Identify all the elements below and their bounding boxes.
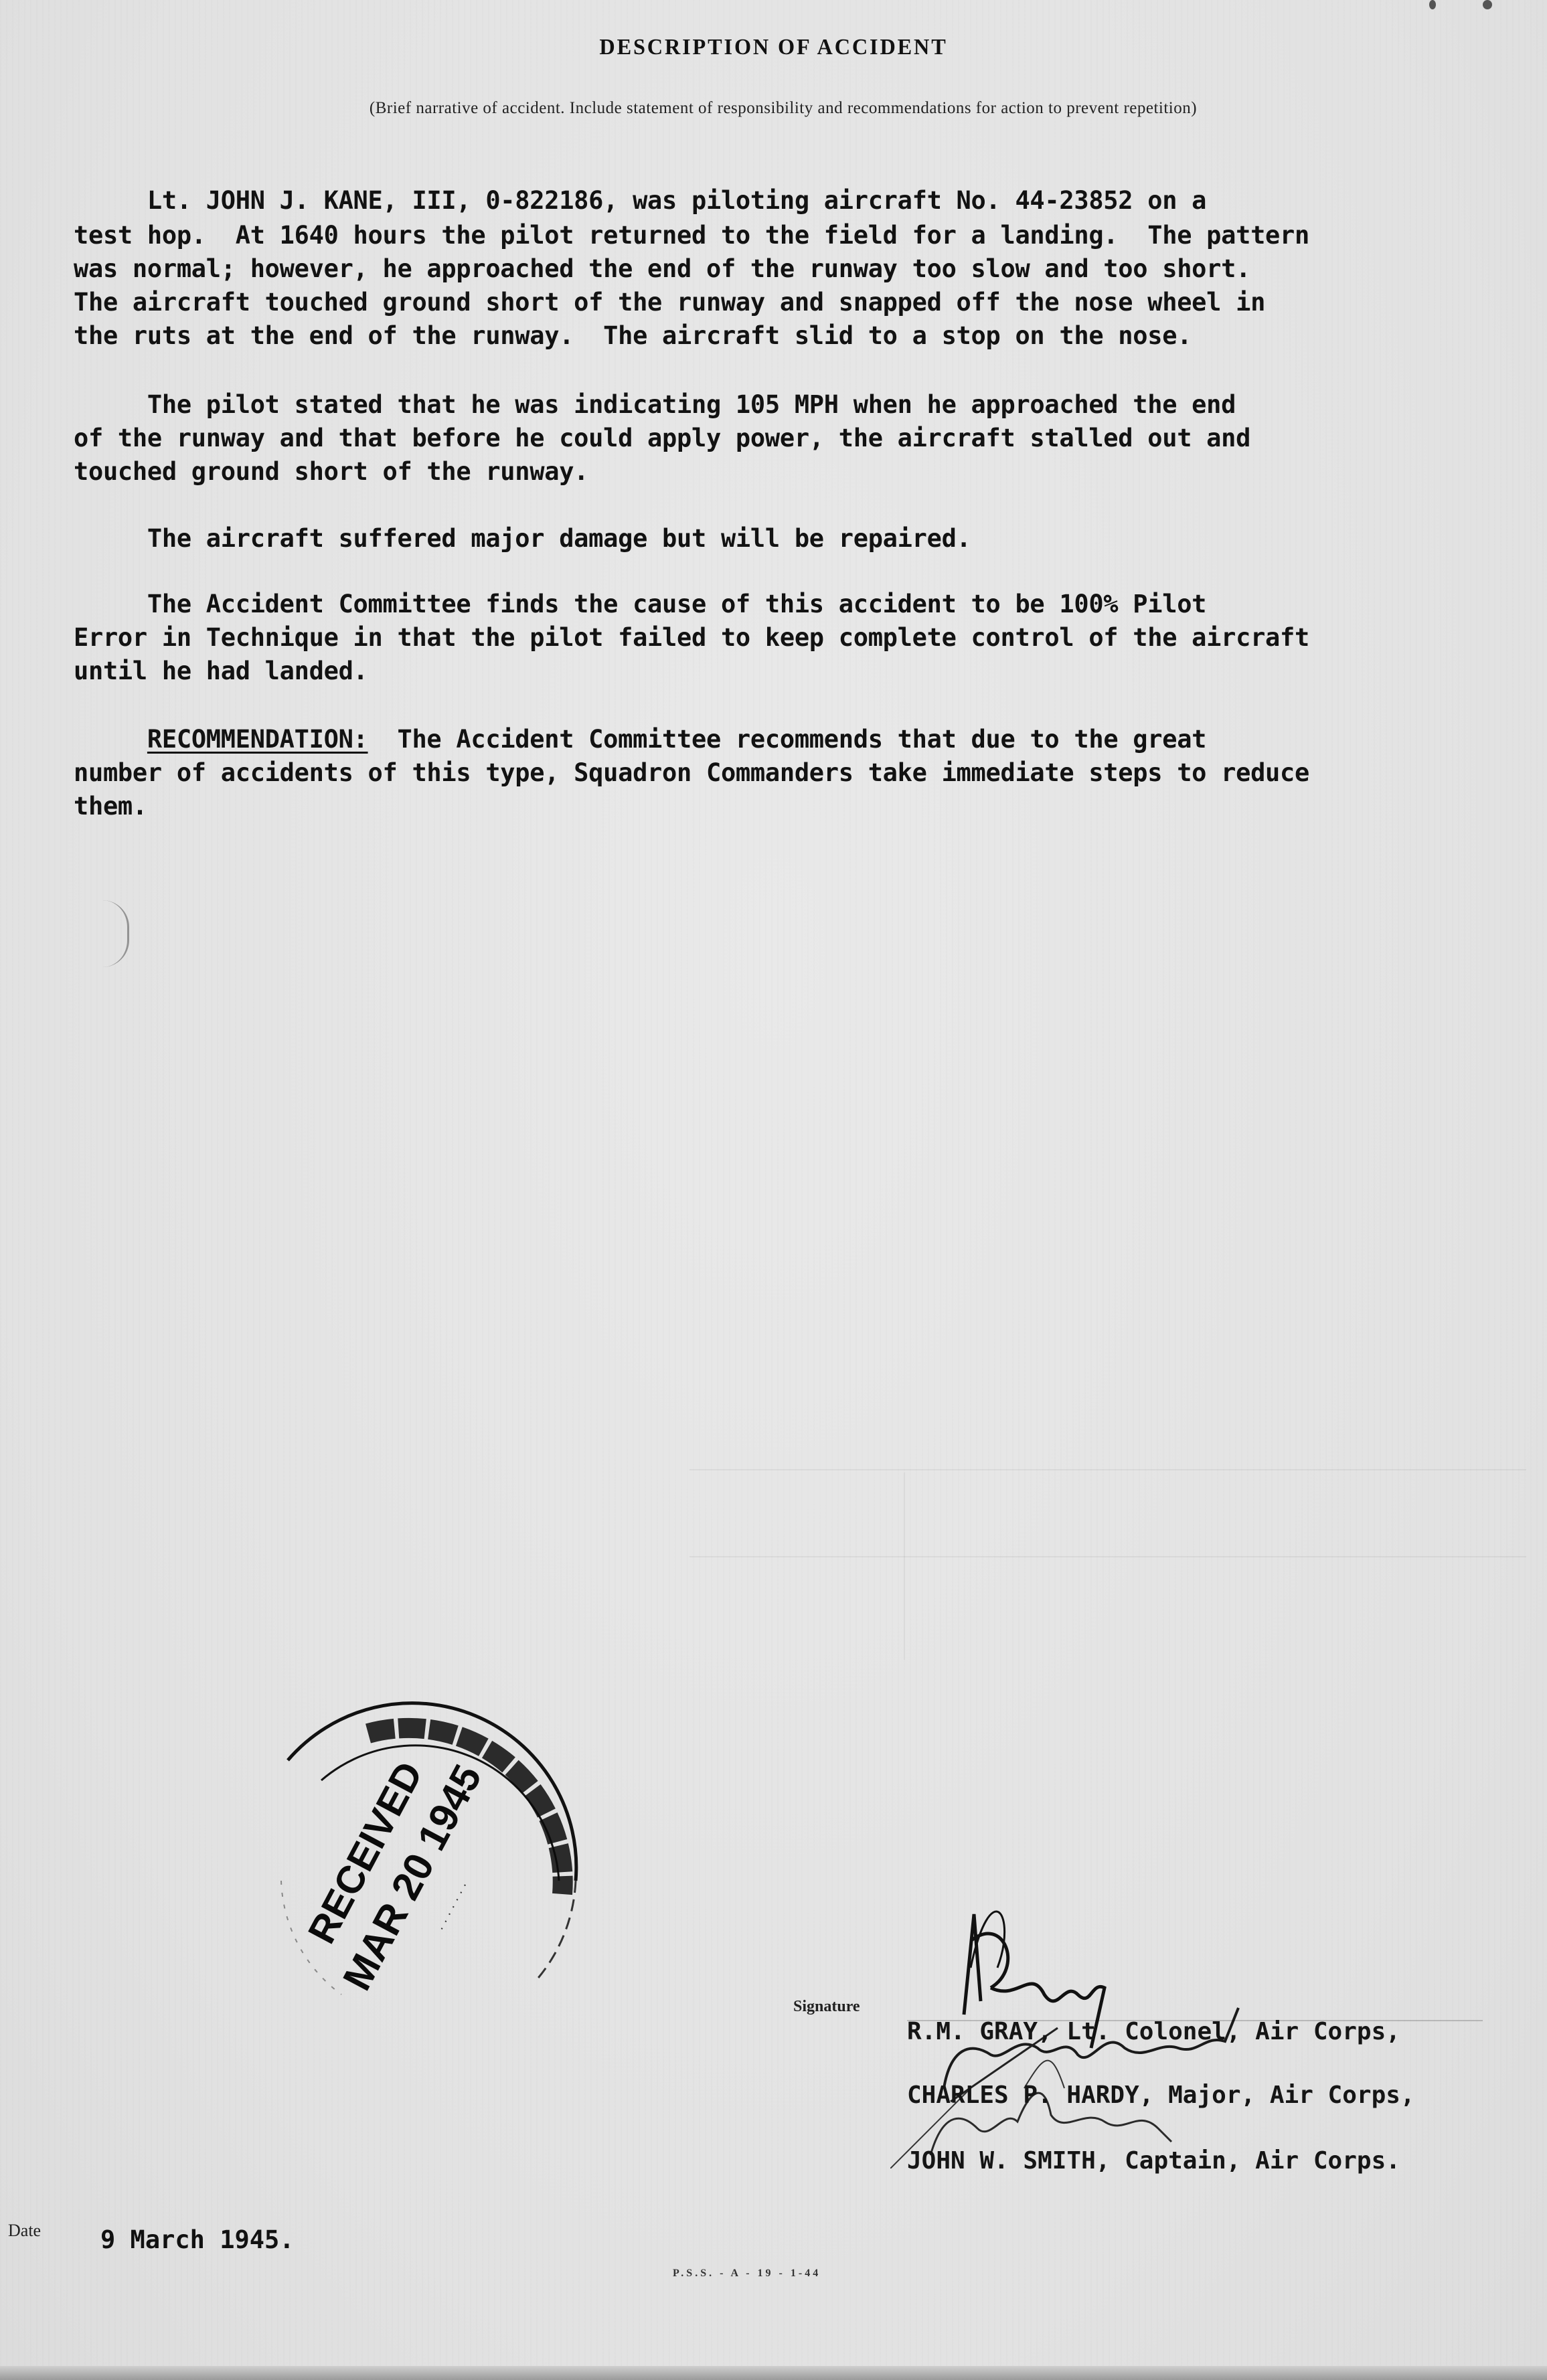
recommendation-text: The Accident Committee recommends that d… (368, 725, 1207, 754)
text-line: them. (74, 790, 147, 823)
svg-text:· · · · · · ·: · · · · · · · (434, 1879, 472, 1934)
narrative-paragraph-2: The pilot stated that he was indicating … (74, 388, 1493, 522)
paper-speck (1429, 0, 1436, 9)
bleed-through-line (904, 1472, 905, 1660)
bleed-through-line (689, 1469, 1526, 1470)
signature-label: Signature (793, 1998, 860, 2016)
signer-1: R.M. GRAY, Lt. Colonel, Air Corps, (907, 2018, 1400, 2045)
recommendation-paragraph: RECOMMENDATION: The Accident Committee r… (74, 723, 1493, 857)
text-line: touched ground short of the runway. (74, 455, 588, 489)
text-line: The Accident Committee finds the cause o… (74, 588, 1206, 621)
finding-paragraph: The Accident Committee finds the cause o… (74, 588, 1493, 721)
document-title: DESCRIPTION OF ACCIDENT (39, 35, 1508, 60)
recommendation-label: RECOMMENDATION: (147, 725, 368, 754)
bleed-through-line (689, 1556, 1526, 1557)
text-line: RECOMMENDATION: The Accident Committee r… (74, 723, 1206, 756)
signer-2: CHARLES P. HARDY, Major, Air Corps, (907, 2081, 1415, 2109)
signer-3: JOHN W. SMITH, Captain, Air Corps. (907, 2147, 1400, 2175)
text-line: until he had landed. (74, 655, 368, 688)
text-line: Error in Technique in that the pilot fai… (74, 621, 1309, 655)
text-line: test hop. At 1640 hours the pilot return… (74, 219, 1309, 252)
text-line: the ruts at the end of the runway. The a… (74, 319, 1192, 353)
narrative-paragraph-3: The aircraft suffered major damage but w… (74, 522, 1493, 589)
narrative-paragraph-1: Lt. JOHN J. KANE, III, 0-822186, was pil… (74, 184, 1493, 385)
margin-mark (100, 900, 129, 967)
text-line: Lt. JOHN J. KANE, III, 0-822186, was pil… (74, 184, 1206, 218)
text-line: The aircraft suffered major damage but w… (74, 522, 971, 556)
text-line: The aircraft touched ground short of the… (74, 286, 1265, 319)
form-code: P.S.S. - A - 19 - 1-44 (673, 2268, 821, 2280)
document-instructions: (Brief narrative of accident. Include st… (80, 99, 1486, 118)
date-value: 9 March 1945. (100, 2225, 295, 2254)
page-bottom-edge (0, 2366, 1547, 2380)
text-line: number of accidents of this type, Squadr… (74, 756, 1309, 790)
date-label: Date (8, 2221, 41, 2241)
text-line: was normal; however, he approached the e… (74, 252, 1250, 286)
text-line: The pilot stated that he was indicating … (74, 388, 1236, 422)
text-line: of the runway and that before he could a… (74, 422, 1250, 455)
paper-speck (1483, 0, 1492, 9)
received-stamp: RECEIVED MAR 20 1945 · · · · · · · (241, 1680, 589, 2028)
